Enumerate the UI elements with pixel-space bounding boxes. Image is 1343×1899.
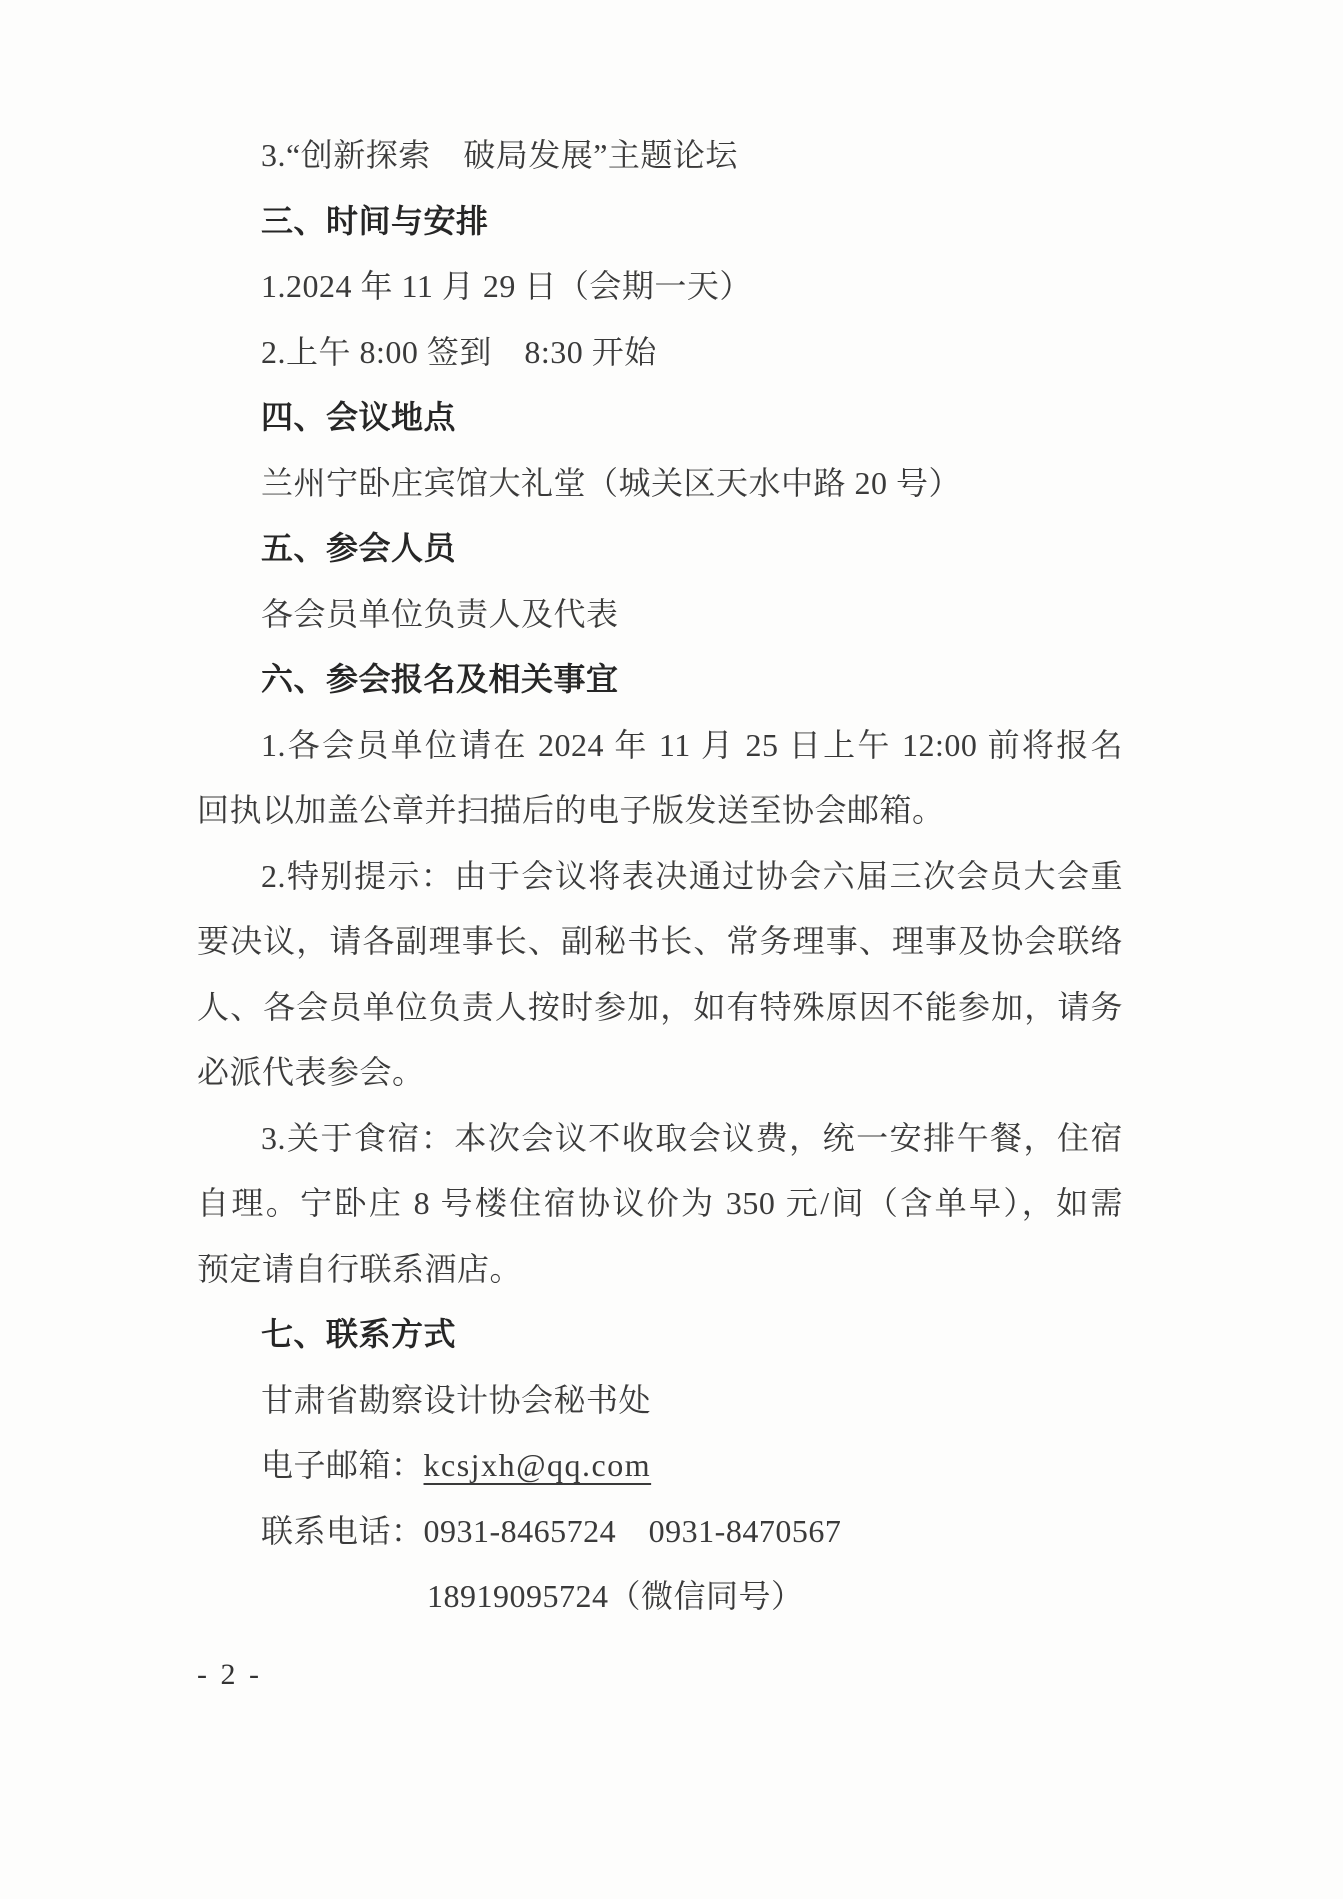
line-registration-2: 回执以加盖公章并扫描后的电子版发送至协会邮箱。	[197, 778, 1123, 844]
section-heading-time: 三、时间与安排	[197, 189, 1123, 255]
section-heading-attendees: 五、参会人员	[197, 516, 1123, 582]
line-notice-2: 要决议，请各副理事长、副秘书长、常务理事、理事及协会联络	[197, 909, 1123, 975]
email-label: 电子邮箱：	[261, 1447, 424, 1483]
line-secretariat: 甘肃省勘察设计协会秘书处	[197, 1368, 1123, 1434]
list-item-theme-forum: 3.“创新探索 破局发展”主题论坛	[197, 123, 1123, 189]
page-number: - 2 -	[197, 1655, 262, 1695]
line-date: 1.2024 年 11 月 29 日（会期一天）	[197, 254, 1123, 320]
line-venue: 兰州宁卧庄宾馆大礼堂（城关区天水中路 20 号）	[197, 451, 1123, 517]
email-link[interactable]: kcsjxh@qq.com	[424, 1447, 652, 1483]
line-phone-numbers: 联系电话：0931-8465724 0931-8470567	[197, 1499, 1123, 1565]
document-content: 3.“创新探索 破局发展”主题论坛 三、时间与安排 1.2024 年 11 月 …	[197, 123, 1123, 1630]
line-notice-4: 必派代表参会。	[197, 1040, 1123, 1106]
line-accommodation-1: 3.关于食宿：本次会议不收取会议费，统一安排午餐，住宿	[197, 1106, 1123, 1172]
scanned-document-page: 3.“创新探索 破局发展”主题论坛 三、时间与安排 1.2024 年 11 月 …	[0, 0, 1343, 1899]
section-heading-registration: 六、参会报名及相关事宜	[197, 647, 1123, 713]
line-phone-wechat: 18919095724（微信同号）	[197, 1564, 1123, 1630]
line-notice-3: 人、各会员单位负责人按时参加，如有特殊原因不能参加，请务	[197, 975, 1123, 1041]
line-registration-1: 1.各会员单位请在 2024 年 11 月 25 日上午 12:00 前将报名	[197, 713, 1123, 779]
line-accommodation-3: 预定请自行联系酒店。	[197, 1237, 1123, 1303]
section-heading-venue: 四、会议地点	[197, 385, 1123, 451]
line-notice-1: 2.特别提示：由于会议将表决通过协会六届三次会员大会重	[197, 844, 1123, 910]
line-accommodation-2: 自理。宁卧庄 8 号楼住宿协议价为 350 元/间（含单早），如需	[197, 1171, 1123, 1237]
line-schedule: 2.上午 8:00 签到 8:30 开始	[197, 320, 1123, 386]
contact-email-line: 电子邮箱：kcsjxh@qq.com	[197, 1433, 1123, 1499]
section-heading-contact: 七、联系方式	[197, 1302, 1123, 1368]
line-attendees: 各会员单位负责人及代表	[197, 582, 1123, 648]
